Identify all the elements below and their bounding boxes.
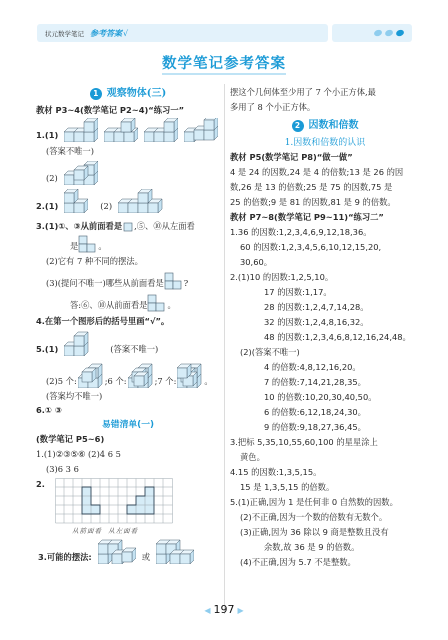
source-reference: 教材 P5(数学笔记 P8)“做一做” bbox=[230, 151, 420, 164]
view-grid: 从前面看 从左面看 bbox=[55, 478, 173, 536]
next-arrow-icon: ▶ bbox=[238, 606, 244, 615]
cube-figure bbox=[184, 118, 218, 142]
cube-figure bbox=[64, 161, 98, 185]
q5-2-row: (2)5 个: ;6 个: ;7 个: 。 bbox=[36, 362, 220, 388]
cube-figure bbox=[64, 330, 90, 356]
left-column: 1 观察物体(三) 教材 P3~4(数学笔记 P2~4)“练习一” 1.(1) … bbox=[36, 84, 220, 564]
front-view-shape bbox=[164, 272, 184, 290]
answer-line: 32 的因数:1,2,4,8,16,32。 bbox=[230, 316, 420, 329]
cube-figure bbox=[156, 538, 194, 564]
answer-line: (4)不正确,因为 5.7 不是整数。 bbox=[230, 556, 420, 569]
answer-line: 25 的倍数;9 是 81 的因数,81 是 9 的倍数。 bbox=[230, 196, 420, 209]
answer-line: (3)正确,因为 36 除以 9 商是整数且没有 bbox=[230, 526, 420, 539]
cube-figure bbox=[64, 118, 98, 142]
q4: 4.在第一个图形后的括号里画“√”。 bbox=[36, 315, 220, 328]
answer-line: 15 是 1,3,5,15 的倍数。 bbox=[230, 481, 420, 494]
q3-1-cont: 是 。 bbox=[36, 233, 220, 253]
answer-line: 48 的因数:1,2,3,4,6,8,12,16,24,48。 bbox=[230, 331, 420, 344]
q1-1-row: 1.(1) bbox=[36, 118, 220, 142]
answer-line: 余数,故 36 是 9 的倍数。 bbox=[230, 541, 420, 554]
cube-figure bbox=[104, 118, 138, 142]
answer-line: 17 的因数:1,17。 bbox=[230, 286, 420, 299]
unit-2-heading: 2 因数和倍数 bbox=[230, 117, 420, 134]
column-divider bbox=[224, 84, 225, 614]
grid-figure bbox=[55, 478, 173, 526]
answer-line: 6 的倍数:6,12,18,24,30。 bbox=[230, 406, 420, 419]
answer-note: (答案不唯一) bbox=[36, 145, 220, 158]
cube-figure bbox=[118, 189, 164, 213]
unit-number-badge: 1 bbox=[90, 88, 102, 100]
page-number: ◀197▶ bbox=[0, 603, 448, 616]
answer-line: 5.(1)正确,因为 1 是任何非 0 自然数的因数。 bbox=[230, 496, 420, 509]
source-reference: 教材 P3~4(数学笔记 P2~4)“练习一” bbox=[36, 104, 220, 117]
answer-line: 4.15 的因数:1,3,5,15。 bbox=[230, 466, 420, 479]
answer-line: 数,26 是 13 的倍数;25 是 75 的因数,75 是 bbox=[230, 181, 420, 194]
lesson-title: 1.因数和倍数的认识 bbox=[230, 136, 420, 151]
right-column: 摆这个几何体至少用了 7 个小正方体,最 多用了 8 个小正方体。 2 因数和倍… bbox=[230, 84, 420, 569]
answer-line: 7 的倍数:7,14,21,28,35。 bbox=[230, 376, 420, 389]
source-reference: 教材 P7~8(数学笔记 P9~11)“练习二” bbox=[230, 211, 420, 224]
answer-line: 3.把标 5,35,10,55,60,100 的星星涂上 bbox=[230, 436, 420, 449]
q3-2: (2)它有 7 种不同的摆法。 bbox=[36, 255, 220, 268]
answer-line: 60 的因数:1,2,3,4,5,6,10,12,15,20, bbox=[230, 241, 420, 254]
q1-2-row: (2) bbox=[36, 161, 220, 185]
e3-row: 3.可能的摆法: 或 bbox=[36, 538, 220, 564]
source-reference: (数学笔记 P5~6) bbox=[36, 433, 220, 446]
q3-3-line: (3)(提问不唯一)哪些从前面看是 ? bbox=[36, 270, 220, 290]
answer-note: (答案均不唯一) bbox=[36, 390, 220, 403]
answers-label: 参考答案 bbox=[90, 28, 122, 39]
answer-line: (2)不正确,因为一个数的倍数有无数个。 bbox=[230, 511, 420, 524]
leaf-dot-icon bbox=[395, 29, 405, 37]
continuation-text: 摆这个几何体至少用了 7 个小正方体,最 bbox=[230, 86, 420, 99]
unit-1-heading: 1 观察物体(三) bbox=[36, 85, 220, 102]
page-title: 数学笔记参考答案 bbox=[0, 52, 448, 73]
q3-answer: 答:⑥、⑩从前面看是 。 bbox=[36, 292, 220, 312]
book-name: 状元数学笔记 bbox=[45, 29, 84, 38]
answer-line: 4 的倍数:4,8,12,16,20。 bbox=[230, 361, 420, 374]
answer-line: 2.(1)10 的因数:1,2,5,10。 bbox=[230, 271, 420, 284]
answer-line: 10 的倍数:10,20,30,40,50。 bbox=[230, 391, 420, 404]
side-view-shape bbox=[78, 235, 98, 253]
prev-arrow-icon: ◀ bbox=[204, 606, 210, 615]
cube-figure bbox=[64, 189, 88, 213]
q2-row: 2.(1) (2) bbox=[36, 189, 220, 213]
answer-line: 黄色。 bbox=[230, 451, 420, 464]
answer-line: 30,60。 bbox=[230, 256, 420, 269]
q5-1-row: 5.(1) (答案不唯一) bbox=[36, 330, 220, 356]
header-decoration bbox=[332, 24, 412, 42]
e1-1: 1.(1)②③⑤⑥ (2)4 6 5 bbox=[36, 448, 220, 461]
cube-figure bbox=[128, 362, 154, 388]
grid-caption: 从前面看 从左面看 bbox=[55, 526, 173, 536]
leaf-dot-icon bbox=[373, 29, 383, 37]
answer-line: 1.36 的因数:1,2,3,4,6,9,12,18,36。 bbox=[230, 226, 420, 239]
running-header: 状元数学笔记 参考答案 √ bbox=[37, 24, 328, 42]
e1-3: (3)6 3 6 bbox=[36, 463, 220, 476]
front-view-square bbox=[123, 222, 133, 232]
continuation-text: 多用了 8 个小正方体。 bbox=[230, 101, 420, 114]
answer-line: (2)(答案不唯一) bbox=[230, 346, 420, 359]
q6: 6.① ③ bbox=[36, 404, 220, 417]
error-list-heading: 易错清单(一) bbox=[36, 417, 220, 433]
q3-1-line: 3.(1)①、③从前面看是 ,⑤、⑩从左面看 bbox=[36, 217, 220, 233]
cube-figure bbox=[177, 362, 203, 388]
answer-line: 9 的倍数:9,18,27,36,45。 bbox=[230, 421, 420, 434]
leaf-dot-icon bbox=[384, 29, 394, 37]
e2-row: 2. 从前面看 从左面看 bbox=[36, 478, 220, 536]
check-mark-icon: √ bbox=[123, 29, 128, 38]
front-view-shape bbox=[147, 294, 167, 312]
cube-figure bbox=[144, 118, 178, 142]
cube-figure bbox=[98, 538, 136, 564]
cube-figure bbox=[78, 362, 104, 388]
unit-number-badge: 2 bbox=[292, 120, 304, 132]
answer-line: 4 是 24 的因数,24 是 4 的倍数;13 是 26 的因 bbox=[230, 166, 420, 179]
answer-line: 28 的因数:1,2,4,7,14,28。 bbox=[230, 301, 420, 314]
